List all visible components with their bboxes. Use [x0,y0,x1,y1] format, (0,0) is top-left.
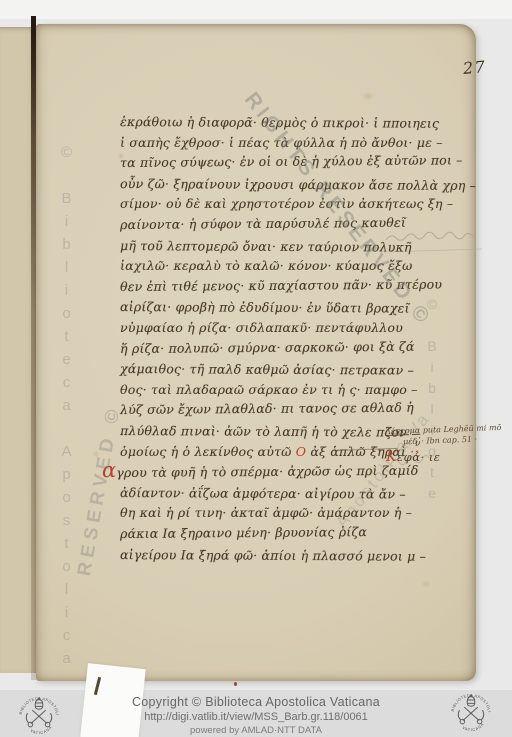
rubric-letter: Ο [296,444,306,459]
text-line: ἀδίαντον· ἀΐζωα ἀμφότερα· αἰγίρου τὰ ἄν … [120,485,406,506]
text-line: σίμον· οὐ δὲ καὶ χρηστοτέρον ἐστὶν ἀσκήτ… [120,196,453,216]
ink-text: γρου τὰ φυῆ ἡ τὸ σπέρμα· ἀχρῶσ ὡς πρὶ ζα… [116,463,418,480]
text-line: θη καὶ ἡ ρί τινη· ἀκταῖ ἀμφῶ· ἀμάραντον … [120,505,412,525]
text-line: ραίνοντα· ἡ σύφον τὰ παρύσυλέ πος καυθεῖ [120,215,406,237]
ink-text: ράκια Ια ξηραινο μένη· βρυονίας ῥίζα [120,524,367,541]
ink-text: νὐμφαίαο ἡ ρίζα· σιδλαπακῦ· πεντάφυλλου [120,320,403,335]
rubric-letter: α [102,458,116,482]
ink-text: αἰγείρου Ια ξηρά φῶ· ἀπίοι ἡ πλασσό μενο… [120,547,426,564]
ink-text: θη καὶ ἡ ρί τινη· ἀκταῖ ἀμφῶ· ἀμάραντον … [120,505,412,520]
ink-text: λύζ σῶν ἔχων πλαθλαδ· πι τανος σε αθλαδ … [120,400,414,417]
ink-text: ἰαχιλῶ· κεραλὺ τὸ καλῶ· κόνον· κύαμος ἔξ… [120,258,412,273]
ink-text: σίμον· οὐ δὲ καὶ χρηστοτέρον ἐστὶν ἀσκήτ… [120,196,453,211]
text-line: τα πῖνος σύψεως· ἐν οἱ οι δὲ ἡ χύλου ἐξ … [120,152,463,175]
ink-text: ἀδίαντον· ἀΐζωα ἀμφότερα· αἰγίρου τὰ ἄν … [120,485,406,501]
text-line: μῆ τοῦ λεπτομερῶ ὄναι· κεν ταύριον πολυκ… [120,238,412,260]
ink-text: αἰρίζαι· φροβὴ πὸ ἐδυδίμου· ἐν ὕδατι βρα… [120,299,410,316]
text-line: νὐμφαίαο ἡ ρίζα· σιδλαπακῦ· πεντάφυλλου [120,320,403,340]
scanned-manuscript-viewer: 27 ἑκράθοιω ἡ διαφορᾶ· θερμὸς ὁ πικροὶ· … [0,0,512,737]
manuscript-url[interactable]: http://digi.vatlib.it/view/MSS_Barb.gr.1… [0,711,512,723]
chapter-heading: Κεφά· ιε [386,449,440,465]
ink-text: ἥ ρίζα· πολυπῶ· σμύρνα· σαρκοκῶ· φοι ξὰ … [120,338,415,355]
page-number: 27 [462,57,487,78]
text-line: οὖν ζῶ· ξηραίνουν ἰχρουσι φάρμακον ἄσε π… [120,176,476,198]
ink-text: θος· ταὶ πλαδαραῶ σάρκαο ἐν τι ἡ ς· παμφ… [120,382,418,397]
copyright-text: Copyright © Biblioteca Apostolica Vatica… [0,695,512,709]
text-line: ράκια Ια ξηραινο μένη· βρυονίας ῥίζα [120,524,367,546]
text-line: αγρου τὰ φυῆ ἡ τὸ σπέρμα· ἀχρῶσ ὡς πρὶ ζ… [120,462,419,484]
footer-text: Copyright © Biblioteca Apostolica Vatica… [0,695,512,736]
ink-text: ραίνοντα· ἡ σύφον τὰ παρύσυλέ πος καυθεῖ [120,215,406,232]
ink-text: οὖν ζῶ· ξηραίνουν ἰχρουσι φάρμακον ἄσε π… [120,176,476,193]
ink-text: ἑκράθοιω ἡ διαφορᾶ· θερμὸς ὁ πικροὶ· ἱ π… [120,114,439,131]
text-line: λύζ σῶν ἔχων πλαθλαδ· πι τανος σε αθλαδ … [120,400,414,422]
text-line: ἰαχιλῶ· κεραλὺ τὸ καλῶ· κόνον· κύαμος ἔξ… [120,258,412,278]
text-line: ἑκράθοιω ἡ διαφορᾶ· θερμὸς ὁ πικροὶ· ἱ π… [120,114,439,136]
rubric-letter: Κ [386,449,397,465]
text-line: χάμαιθος· τῆ παλδ καθμῶ ἀσίας· πετρακαν … [120,361,414,383]
ink-text: μῆ τοῦ λεπτομερῶ ὄναι· κεν ταύριον πολυκ… [120,238,412,255]
ink-text: τα πῖνος σύψεως· ἐν οἱ οι δὲ ἡ χύλου ἐξ … [120,152,463,170]
text-line: ὁμοίως ἡ ὁ λεκίνθος αὐτῶ Ο ἀξ ἁπλῶ ξηραὶ… [120,444,419,464]
text-line: θεν ἐπὶ τιθέ μενος· κῦ παχίαστου πᾶν· κῦ… [120,276,442,299]
text-line: πλύθλαδ πιναὶ· ἀῶν τὸ λαπῆ ἡ τὸ χελε πζο… [120,423,407,445]
powered-by-text: powered by AMLAD·NTT DATA [0,725,512,736]
red-speck [234,682,237,686]
chapter-label: εφά· ιε [397,450,440,464]
manuscript-page: 27 ἑκράθοιω ἡ διαφορᾶ· θερμὸς ὁ πικροὶ· … [36,24,476,681]
ink-text: χάμαιθος· τῆ παλδ καθμῶ ἀσίας· πετρακαν … [120,361,414,378]
text-line: ἥ ρίζα· πολυπῶ· σμύρνα· σαρκοκῶ· φοι ξὰ … [120,338,415,360]
text-line: θος· ταὶ πλαδαραῶ σάρκαο ἐν τι ἡ ς· παμφ… [120,382,418,402]
marginal-note-rest: puta Leghĕū mi mō [420,423,501,435]
text-line: ἰ σαπὴς ἔχθροσ· ἱ πέας τὰ φύλλα ἡ πὸ ἄνθ… [120,135,443,155]
marginal-note-word: Λέπτομα [385,426,420,436]
chapter-mark: ν [415,439,420,449]
ink-text: θεν ἐπὶ τιθέ μενος· κῦ παχίαστου πᾶν· κῦ… [120,276,442,294]
text-line: αἰρίζαι· φροβὴ πὸ ἐδυδίμου· ἐν ὕδατι βρα… [120,299,410,321]
background-strip [0,0,512,19]
ink-text: ὁμοίως ἡ ὁ λεκίνθος αὐτῶ [120,444,296,459]
ink-text: πλύθλαδ πιναὶ· ἀῶν τὸ λαπῆ ἡ τὸ χελε πζο… [120,423,407,440]
text-line: αἰγείρου Ια ξηρά φῶ· ἀπίοι ἡ πλασσό μενο… [120,547,426,569]
ink-text: ἰ σαπὴς ἔχθροσ· ἱ πέας τὰ φύλλα ἡ πὸ ἄνθ… [120,135,443,150]
manuscript-textblock: ἑκράθοιω ἡ διαφορᾶ· θερμὸς ὁ πικροὶ· ἱ π… [120,114,420,584]
